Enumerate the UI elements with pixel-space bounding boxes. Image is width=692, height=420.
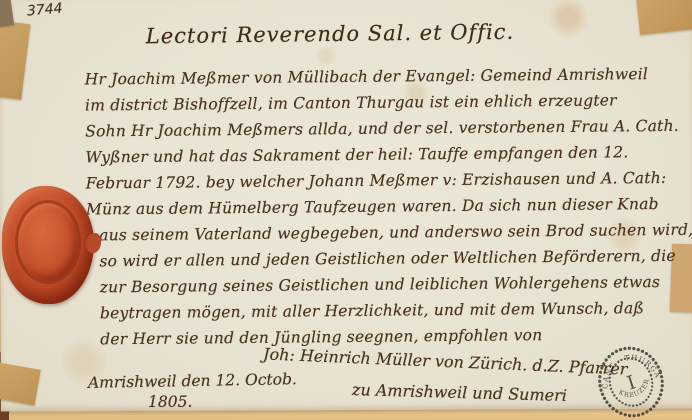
manuscript-line: aus seinem Vaterland wegbegeben, und and… [99, 221, 692, 246]
manuscript-line: Februar 1792. bey welcher Johann Meßmer … [86, 169, 667, 194]
manuscript-line: im district Bishoffzell, im Canton Thurg… [85, 91, 617, 115]
red-wax-seal [2, 186, 94, 304]
manuscript-line: Wyßner und hat das Sakrament der heil: T… [85, 143, 628, 167]
manuscript-line: Münz aus dem Hümelberg Taufzeugen waren.… [86, 195, 659, 219]
dateline-place: Amrishweil den 12. Octob. [88, 370, 297, 392]
manuscript-line: Sohn Hr Joachim Meßmers allda, und der s… [85, 117, 679, 142]
manuscript-line: Hr Joachim Meßmer von Müllibach der Evan… [85, 65, 648, 89]
scanned-document: 3744 Lectori Reverendo Sal. et Offic. Hr… [0, 0, 692, 420]
manuscript-line: zur Besorgung seines Geistlichen und lei… [100, 273, 661, 297]
revenue-stamp: CANT · THURGAU KREUZER I [595, 344, 667, 420]
manuscript-line: so wird er allen und jeden Geistlichen o… [99, 247, 675, 272]
dateline-year: 1805. [148, 393, 192, 411]
manuscript-line: beytragen mögen, mit aller Herzlichkeit,… [100, 299, 644, 323]
